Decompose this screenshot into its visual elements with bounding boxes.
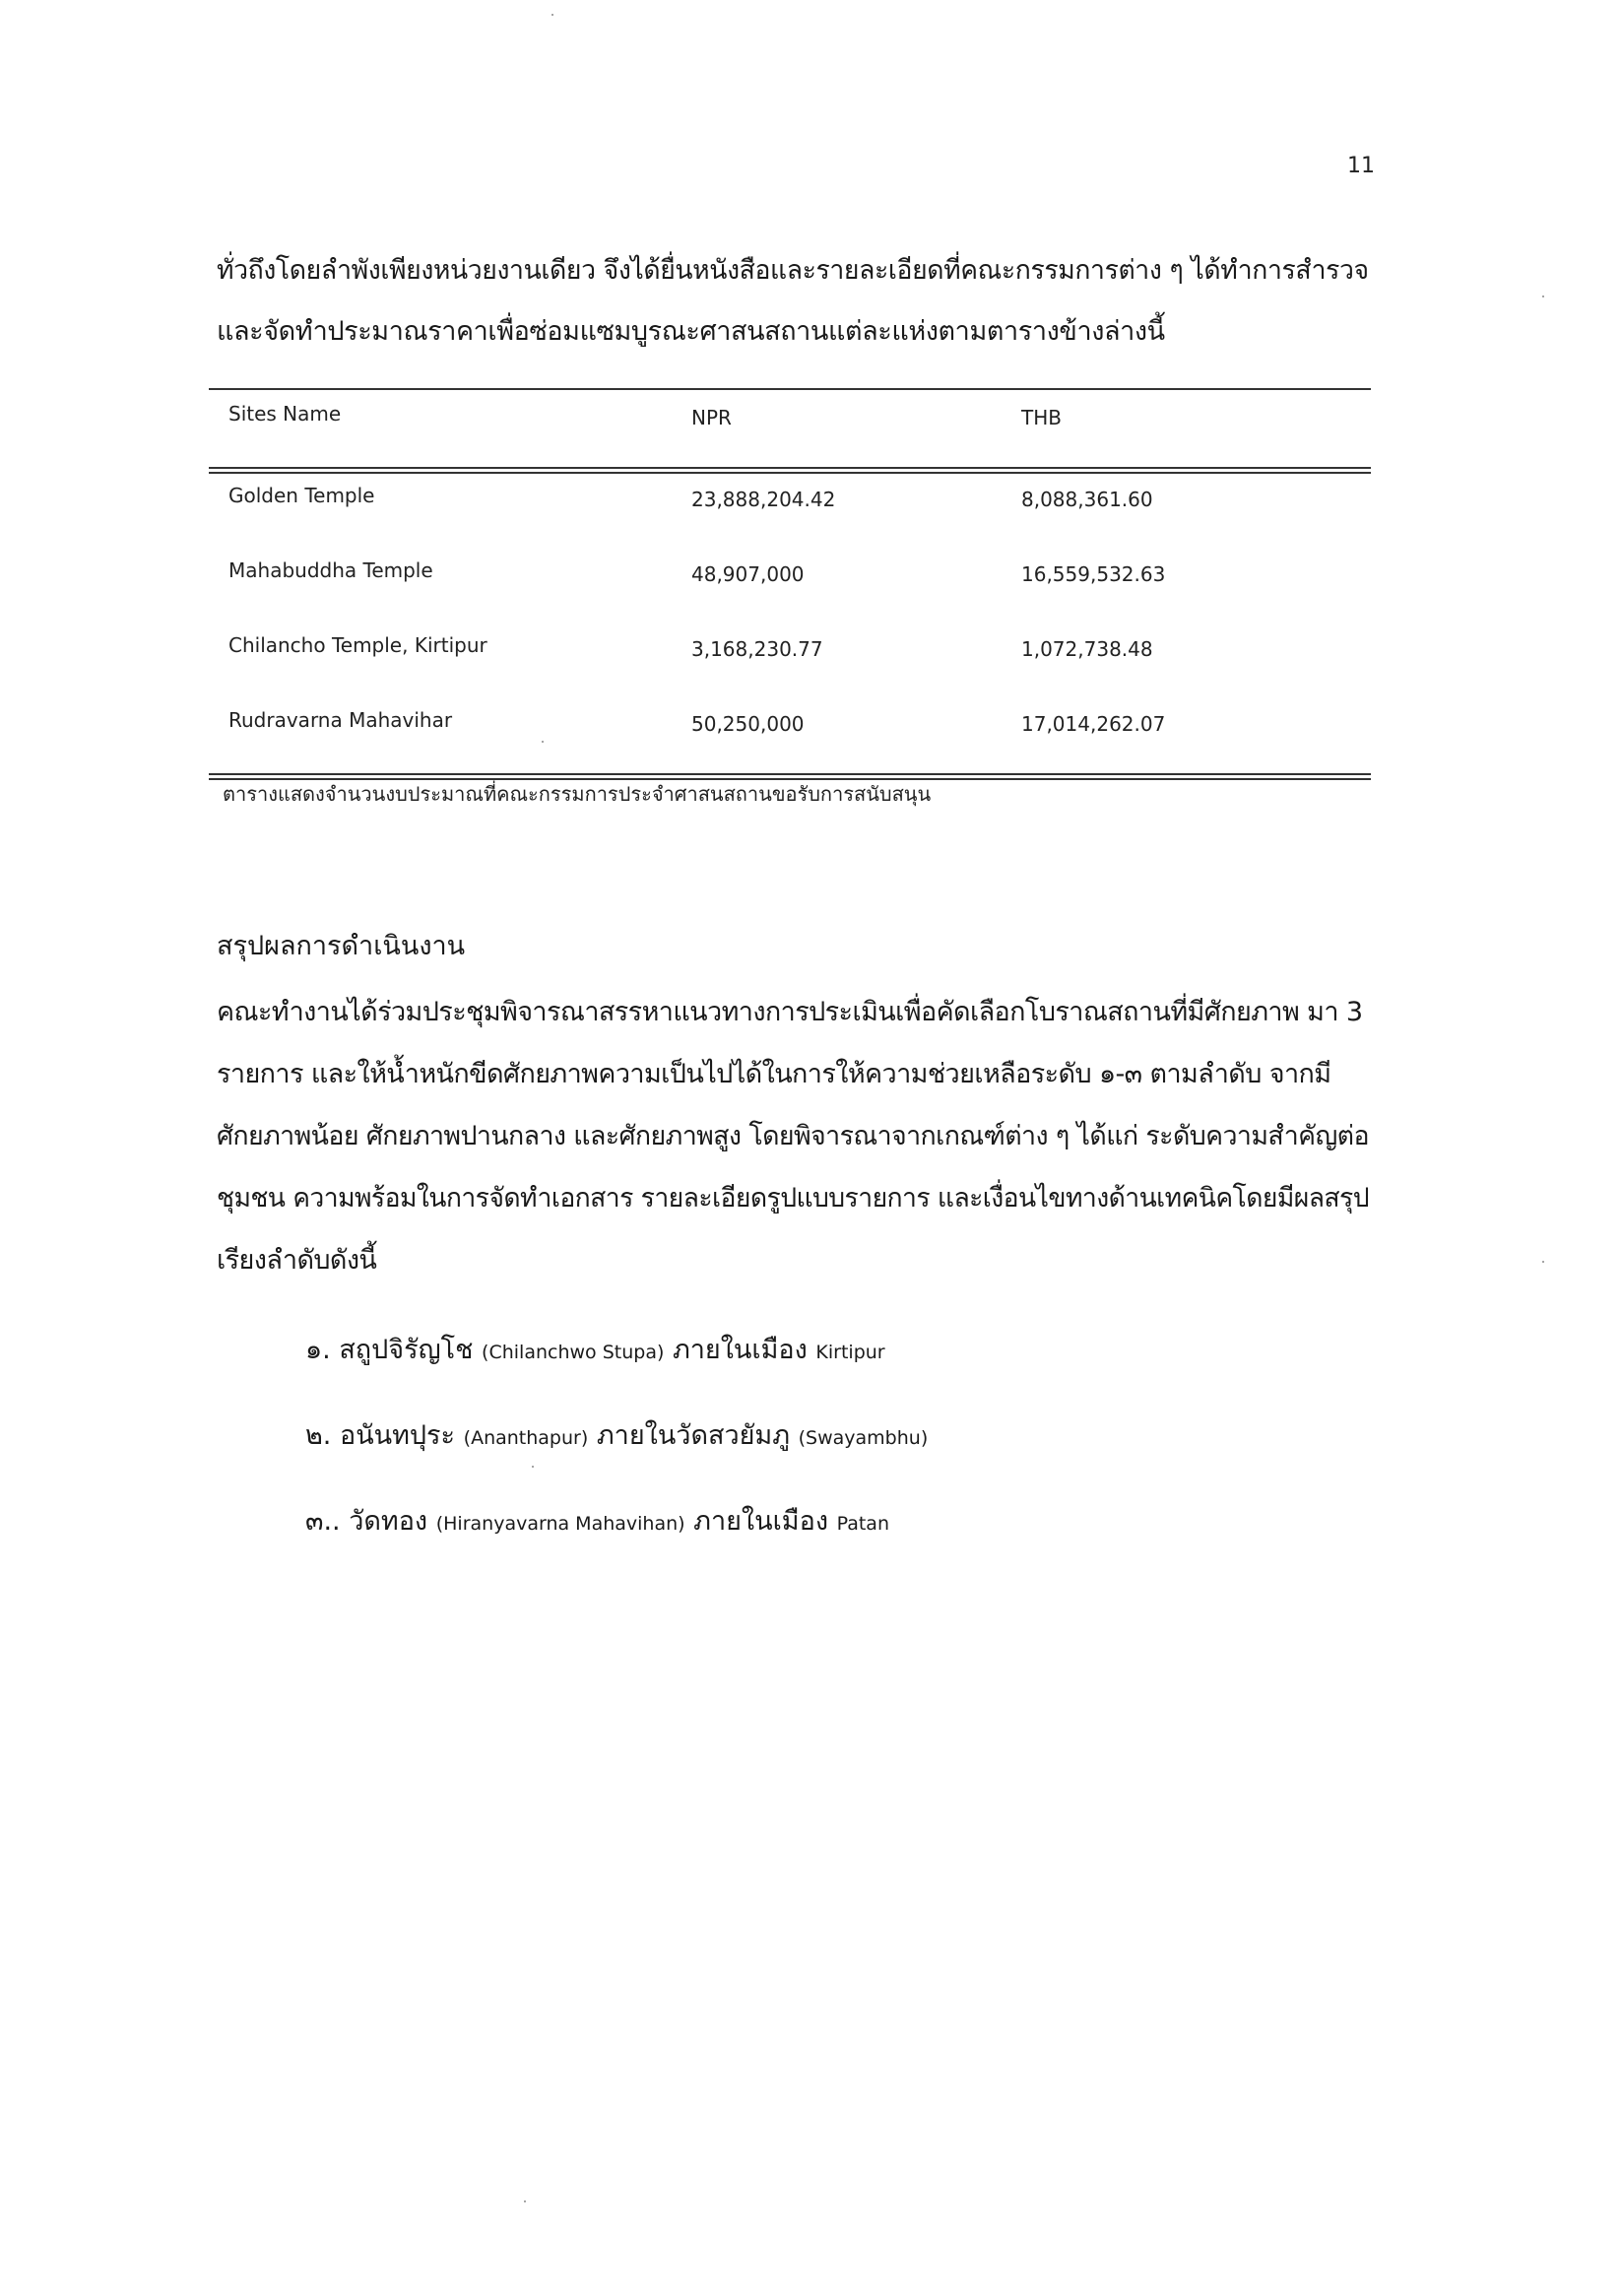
table-header-rule (209, 467, 1371, 474)
item-number: ๒. (305, 1420, 331, 1451)
npr-value: 23,888,204.42 (691, 488, 835, 511)
item-english-name: (Ananthapur) (464, 1427, 589, 1449)
thb-value: 16,559,532.63 (1021, 562, 1165, 586)
table-row: Chilancho Temple, Kirtipur 3,168,230.77 … (209, 623, 1371, 698)
item-thai-name: วัดทอง (349, 1506, 427, 1537)
budget-table: Sites Name NPR THB Golden Temple 23,888,… (209, 388, 1371, 780)
item-number: ๑. (305, 1335, 331, 1365)
scan-speck (532, 1466, 534, 1468)
npr-value: 3,168,230.77 (691, 637, 823, 661)
item-english-name: (Chilanchwo Stupa) (482, 1342, 664, 1363)
table-header-row: Sites Name NPR THB (209, 390, 1371, 467)
scan-speck (1542, 295, 1544, 297)
site-name: Chilancho Temple, Kirtipur (228, 633, 487, 657)
ranked-item-2: ๒. อนันทปุระ (Ananthapur) ภายในวัดสวยัมภ… (305, 1413, 928, 1456)
ranked-item-3: ๓.. วัดทอง (Hiranyavarna Mahavihan) ภายใ… (305, 1499, 889, 1542)
item-location-label: ภายในวัดสวยัมภู (597, 1420, 790, 1451)
site-name: Golden Temple (228, 484, 375, 507)
item-location: (Swayambhu) (799, 1427, 929, 1449)
scan-speck (551, 14, 553, 16)
site-name: Mahabuddha Temple (228, 558, 433, 582)
thb-value: 17,014,262.07 (1021, 712, 1165, 736)
item-english-name: (Hiranyavarna Mahavihan) (436, 1513, 685, 1535)
thb-value: 1,072,738.48 (1021, 637, 1153, 661)
item-location-label: ภายในเมือง (693, 1506, 828, 1537)
summary-heading: สรุปผลการดำเนินงาน (217, 924, 465, 966)
summary-line-4: ชุมชน ความพร้อมในการจัดทำเอกสาร รายละเอี… (217, 1176, 1369, 1218)
table-caption: ตารางแสดงจำนวนงบประมาณที่คณะกรรมการประจำ… (223, 778, 931, 810)
item-location: Patan (837, 1513, 889, 1535)
item-number: ๓.. (305, 1506, 341, 1537)
table-row: Golden Temple 23,888,204.42 8,088,361.60 (209, 474, 1371, 549)
item-thai-name: อนันทปุระ (340, 1420, 455, 1451)
header-npr: NPR (691, 406, 732, 429)
item-location-label: ภายในเมือง (673, 1335, 808, 1365)
header-thb: THB (1021, 406, 1062, 429)
summary-line-1: คณะทำงานได้ร่วมประชุมพิจารณาสรรหาแนวทางก… (217, 990, 1362, 1032)
npr-value: 48,907,000 (691, 562, 805, 586)
summary-line-3: ศักยภาพน้อย ศักยภาพปานกลาง และศักยภาพสูง… (217, 1114, 1369, 1156)
thb-value: 8,088,361.60 (1021, 488, 1153, 511)
item-thai-name: สถูปจิรัญโช (339, 1335, 473, 1365)
summary-line-5: เรียงลำดับดังนี้ (217, 1238, 376, 1280)
page-number: 11 (1347, 154, 1375, 178)
table-row: Mahabuddha Temple 48,907,000 16,559,532.… (209, 549, 1371, 623)
scan-speck (1542, 1261, 1544, 1263)
item-location: Kirtipur (815, 1342, 884, 1363)
table-row: Rudravarna Mahavihar 50,250,000 17,014,2… (209, 698, 1371, 773)
ranked-item-1: ๑. สถูปจิรัญโช (Chilanchwo Stupa) ภายในเ… (305, 1328, 885, 1370)
intro-line-1: ทั่วถึงโดยลำพังเพียงหน่วยงานเดียว จึงได้… (217, 248, 1369, 291)
intro-line-2: และจัดทำประมาณราคาเพื่อซ่อมแซมบูรณะศาสนส… (217, 309, 1165, 352)
scan-speck (524, 2200, 526, 2202)
header-sites-name: Sites Name (228, 402, 341, 426)
npr-value: 50,250,000 (691, 712, 805, 736)
summary-line-2: รายการ และให้น้ำหนักขีดศักยภาพความเป็นไป… (217, 1052, 1331, 1094)
scan-speck (542, 741, 544, 743)
site-name: Rudravarna Mahavihar (228, 708, 452, 732)
